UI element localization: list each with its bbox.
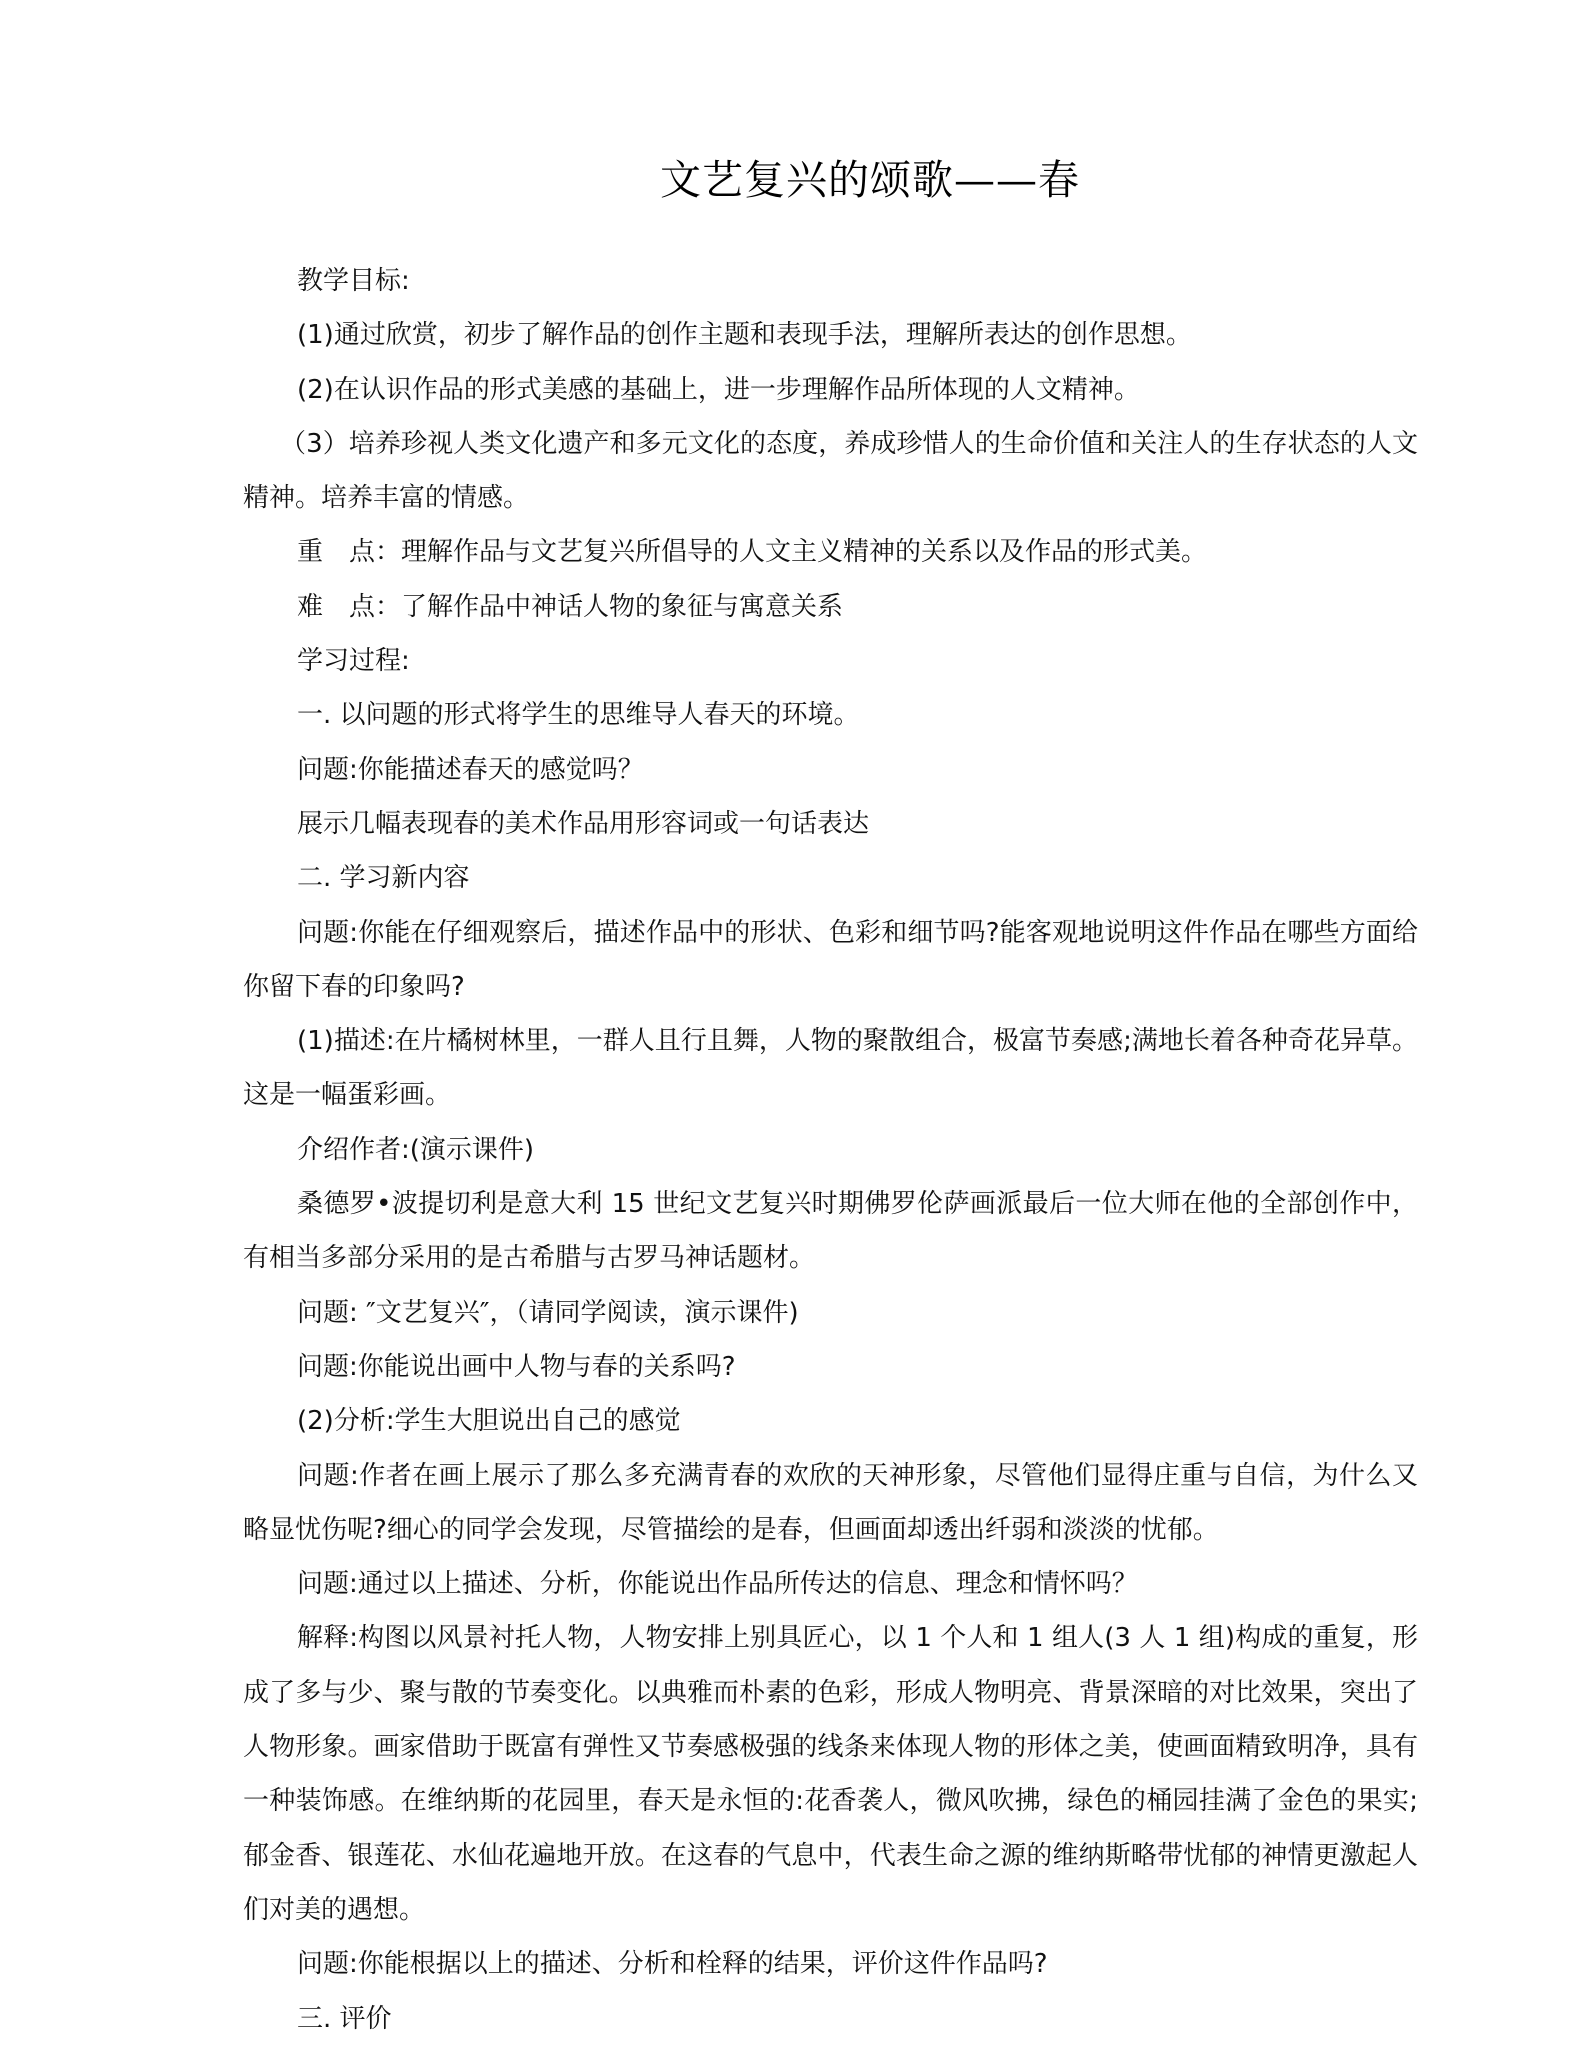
document-title: 文艺复兴的颂歌——春 <box>0 152 1587 208</box>
question-4: 问题:你能说出画中人物与春的关系吗? <box>243 1340 1418 1394</box>
question-5: 问题:作者在画上展示了那么多充满青春的欢欣的天神形象，尽管他们显得庄重与自信，为… <box>243 1449 1418 1558</box>
objectives-heading: 教学目标: <box>243 254 1418 308</box>
author-bio: 桑德罗•波提切利是意大利 15 世纪文艺复兴时期佛罗伦萨画派最后一位大师在他的全… <box>243 1177 1418 1286</box>
introduce-author: 介绍作者:(演示课件) <box>243 1123 1418 1177</box>
objective-2: (2)在认识作品的形式美感的基础上，进一步理解作品所体现的人文精神。 <box>243 363 1418 417</box>
objective-3: （3）培养珍视人类文化遗产和多元文化的态度，养成珍惜人的生命价值和关注人的生存状… <box>243 417 1418 526</box>
difficult-point: 难 点：了解作品中神话人物的象征与寓意关系 <box>243 580 1418 634</box>
process-heading: 学习过程: <box>243 634 1418 688</box>
question-6: 问题:通过以上描述、分析，你能说出作品所传达的信息、理念和情怀吗？ <box>243 1557 1418 1611</box>
explanation-paragraph: 解释:构图以风景衬托人物，人物安排上别具匠心，以 1 个人和 1 组人(3 人 … <box>243 1611 1418 1937</box>
objective-1: (1)通过欣赏，初步了解作品的创作主题和表现手法，理解所表达的创作思想。 <box>243 308 1418 362</box>
show-works: 展示几幅表现春的美术作品用形容词或一句话表达 <box>243 797 1418 851</box>
document-body: 教学目标: (1)通过欣赏，初步了解作品的创作主题和表现手法，理解所表达的创作思… <box>243 254 1418 2046</box>
analyze-paragraph: (2)分析:学生大胆说出自己的感觉 <box>243 1394 1418 1448</box>
section-2-heading: 二. 学习新内容 <box>243 851 1418 905</box>
describe-paragraph: (1)描述:在片橘树林里，一群人且行且舞，人物的聚散组合，极富节奏感;满地长着各… <box>243 1014 1418 1123</box>
question-2: 问题:你能在仔细观察后，描述作品中的形状、色彩和细节吗?能客观地说明这件作品在哪… <box>243 906 1418 1015</box>
key-point: 重 点：理解作品与文艺复兴所倡导的人文主义精神的关系以及作品的形式美。 <box>243 525 1418 579</box>
question-3: 问题: ″文艺复兴″，（请同学阅读，演示课件) <box>243 1286 1418 1340</box>
section-3-heading: 三. 评价 <box>243 1992 1418 2046</box>
document-page: 文艺复兴的颂歌——春 教学目标: (1)通过欣赏，初步了解作品的创作主题和表现手… <box>0 0 1587 2048</box>
question-7: 问题:你能根据以上的描述、分析和栓释的结果，评价这件作品吗? <box>243 1937 1418 1991</box>
section-1-heading: 一. 以问题的形式将学生的思维导人春天的环境。 <box>243 688 1418 742</box>
question-1: 问题:你能描述春天的感觉吗？ <box>243 743 1418 797</box>
